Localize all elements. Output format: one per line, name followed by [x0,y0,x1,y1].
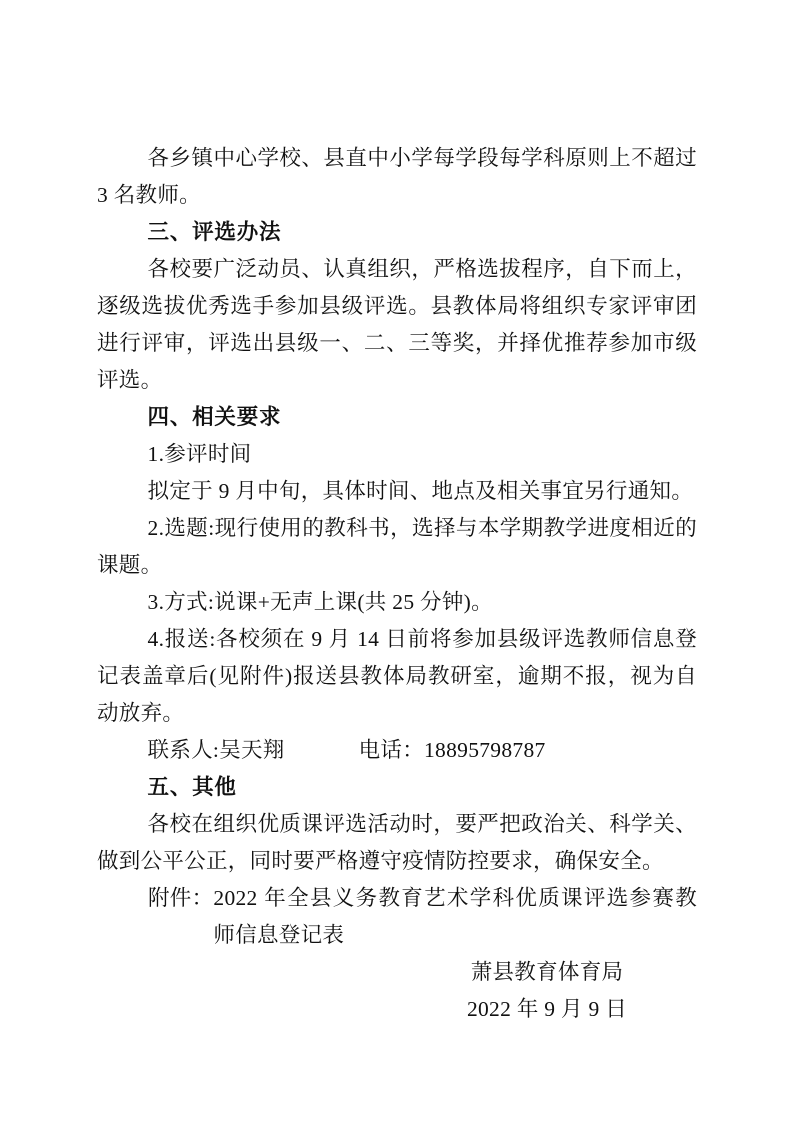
paragraph-selection-method: 各校要广泛动员、认真组织，严格选拔程序，自下而上，逐级选拔优秀选手参加县级评选。… [97,251,697,399]
paragraph-attachment: 附件：2022 年全县义务教育艺术学科优质课评选参赛教师信息登记表 [148,880,697,954]
contact-person: 联系人:吴天翔 [148,738,285,762]
attachment-label: 附件： [148,880,213,954]
heading-section-4-requirements: 四、相关要求 [97,399,697,436]
signature-organization: 萧县教育体育局 [471,954,624,991]
paragraph-item1-time-title: 1.参评时间 [97,436,697,473]
paragraph-other-requirements: 各校在组织优质课评选活动时，要严把政治关、科学关、做到公平公正，同时要严格遵守疫… [97,806,697,880]
contact-phone: 电话：18895798787 [359,738,546,762]
paragraph-item3-format: 3.方式:说课+无声上课(共 25 分钟)。 [97,584,697,621]
paragraph-item4-submission: 4.报送:各校须在 9 月 14 日前将参加县级评选教师信息登记表盖章后(见附件… [97,621,697,732]
document-content: 各乡镇中心学校、县直中小学每学段每学科原则上不超过 3 名教师。 三、评选办法 … [97,140,697,1028]
signature-date: 2022 年 9 月 9 日 [467,991,627,1028]
heading-section-5-other: 五、其他 [97,769,697,806]
paragraph-item2-topic: 2.选题:现行使用的教科书，选择与本学期教学进度相近的课题。 [97,510,697,584]
paragraph-teacher-quota: 各乡镇中心学校、县直中小学每学段每学科原则上不超过 3 名教师。 [97,140,697,214]
document-page: 各乡镇中心学校、县直中小学每学段每学科原则上不超过 3 名教师。 三、评选办法 … [0,0,793,1122]
heading-section-3-selection-method: 三、评选办法 [97,214,697,251]
paragraph-item1-time-detail: 拟定于 9 月中旬，具体时间、地点及相关事宜另行通知。 [97,473,697,510]
paragraph-contact: 联系人:吴天翔电话：18895798787 [97,732,697,769]
attachment-title: 2022 年全县义务教育艺术学科优质课评选参赛教师信息登记表 [213,880,697,954]
signature-block: 萧县教育体育局 2022 年 9 月 9 日 [427,954,667,1028]
